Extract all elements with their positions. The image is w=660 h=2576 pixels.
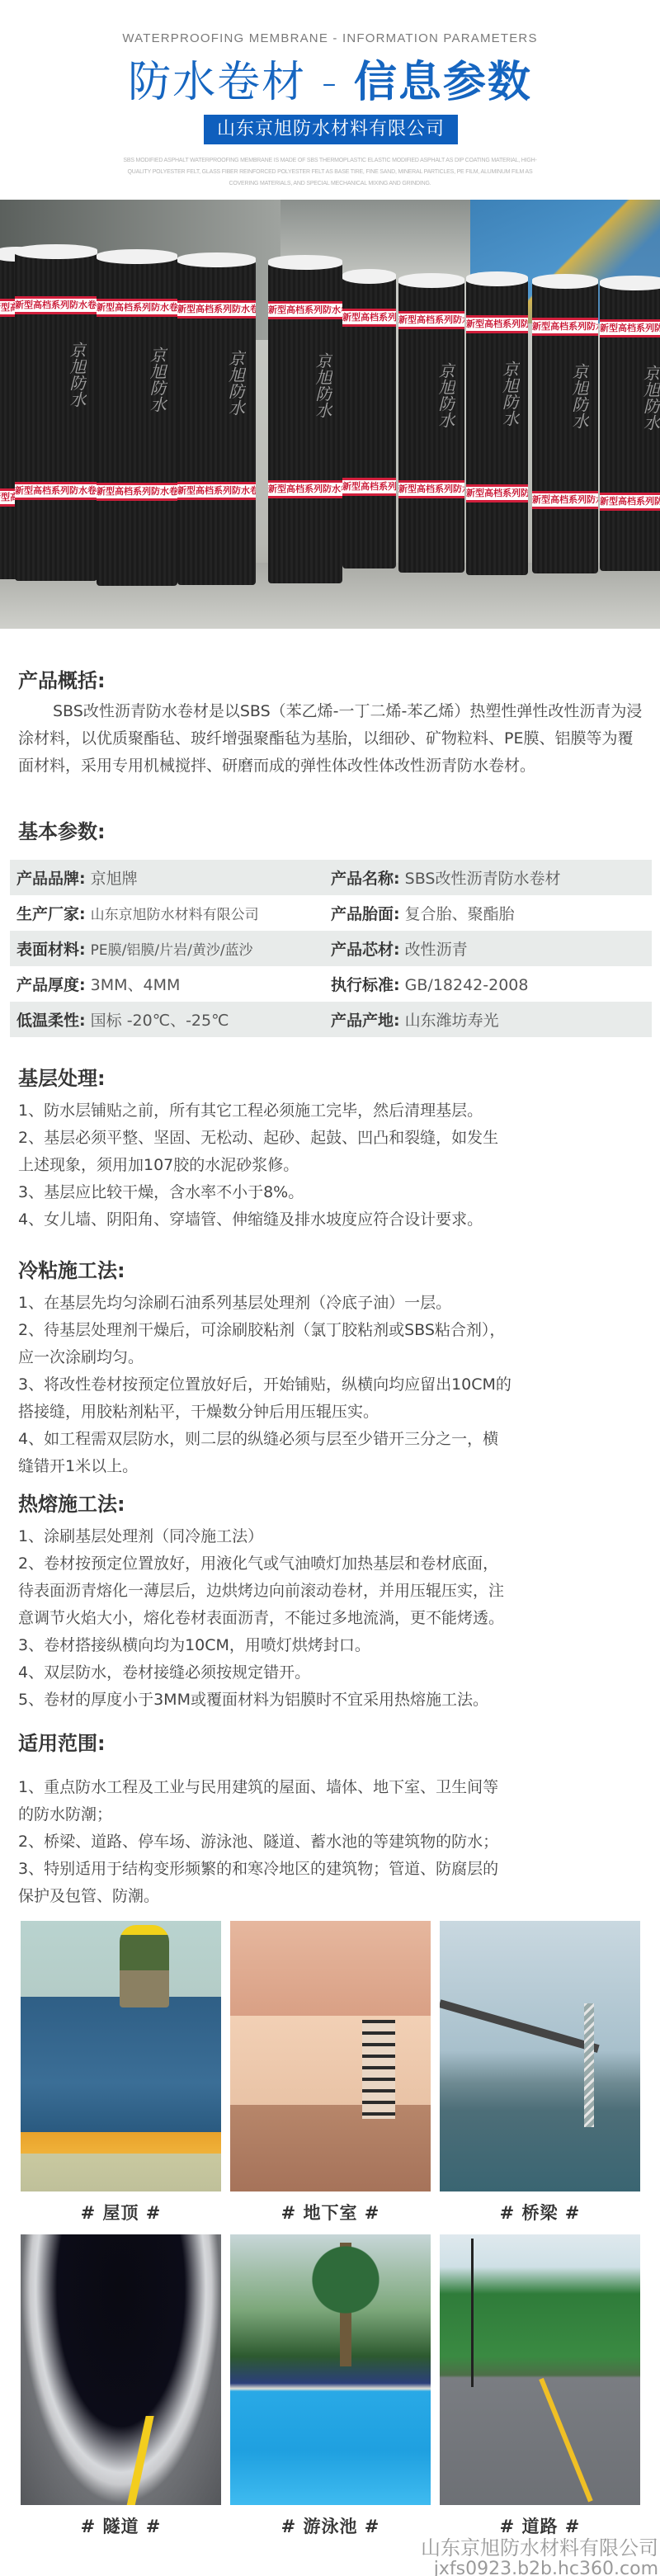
membrane-roll: 新型高档系列防水卷材 京旭防水 新型高档系列防水卷材 [177, 259, 256, 585]
page-title-part2: 信息参数 [354, 58, 532, 107]
base-treatment-heading: 基层处理: [18, 1066, 645, 1091]
gallery-label: # 地下室 # [230, 2200, 431, 2225]
base-treatment-section: 基层处理: 1、防水层铺贴之前，所有其它工程必须施工完毕，然后清理基层。 2、基… [18, 1066, 645, 1234]
param-value: 3MM、4MM [91, 976, 181, 994]
membrane-roll: 新型高档系列防水卷材 京旭防水 新型高档系列防水卷材 [600, 282, 660, 571]
gallery-item-basement: # 地下室 # [230, 1921, 431, 2191]
params-row: 产品厚度: 3MM、4MM 执行标准: GB/18242-2008 [10, 966, 652, 1002]
list-item: 应一次涂刷均匀。 [18, 1344, 645, 1371]
param-value: 京旭牌 [91, 870, 138, 888]
params-row: 产品品牌: 京旭牌 产品名称: SBS改性沥青防水卷材 [10, 860, 652, 895]
overview-text: SBS改性沥青防水卷材是以SBS（苯乙烯-一丁二烯-苯乙烯）热塑性弹性改性沥青为… [18, 698, 645, 780]
param-key: 低温柔性: [16, 1012, 86, 1030]
list-item: 1、涂刷基层处理剂（同冷施工法） [18, 1523, 645, 1550]
params-section: 基本参数: [18, 819, 645, 844]
param-key: 表面材料: [16, 941, 86, 959]
param-value: 山东潍坊寿光 [405, 1012, 499, 1030]
param-value: PE膜/铝膜/片岩/黄沙/蓝沙 [91, 942, 253, 959]
list-item: 3、将改性卷材按预定位置放好后，开始铺贴，纵横向均应留出10CM的 [18, 1371, 645, 1399]
list-item: 1、防水层铺贴之前，所有其它工程必须施工完毕，然后清理基层。 [18, 1097, 645, 1125]
list-item: 2、桥梁、道路、停车场、游泳池、隧道、蓄水池的等建筑物的防水； [18, 1828, 645, 1856]
product-photo: 新型高档系列防水卷材 新型高档系列防水卷材 新型高档系列防水卷材 京旭防水 新型… [0, 200, 660, 629]
param-key: 生产厂家: [16, 905, 86, 923]
membrane-roll: 新型高档系列防水卷材 京旭防水 新型高档系列防水卷材 [268, 262, 342, 583]
cold-method-heading: 冷粘施工法: [18, 1258, 645, 1283]
list-item: 待表面沥青熔化一薄层后，边烘烤边向前滚动卷材，并用压辊压实，注 [18, 1578, 645, 1605]
gallery-item-bridge: # 桥梁 # [440, 1921, 640, 2191]
watermark-url: jxfs0923.b2b.hc360.com [421, 2559, 658, 2576]
params-heading: 基本参数: [18, 819, 645, 844]
param-value: SBS改性沥青防水卷材 [405, 870, 561, 888]
overview-section: 产品概括: SBS改性沥青防水卷材是以SBS（苯乙烯-一丁二烯-苯乙烯）热塑性弹… [18, 668, 645, 780]
gallery-label: # 桥梁 # [440, 2200, 640, 2225]
gallery-label: # 游泳池 # [230, 2513, 431, 2538]
list-item: 1、在基层先均匀涂刷石油系列基层处理剂（冷底子油）一层。 [18, 1290, 645, 1317]
list-item: 3、基层应比较干燥，含水率不小于8%。 [18, 1179, 645, 1206]
company-banner: 山东京旭防水材料有限公司 [204, 115, 458, 144]
gallery-item-road: # 道路 # [440, 2234, 640, 2505]
english-description: SBS MODIFIED ASPHALT WATERPROOFING MEMBR… [115, 155, 544, 190]
list-item: 上述现象，须用加107胶的水泥砂浆修。 [18, 1152, 645, 1179]
param-key: 产品芯材: [331, 941, 400, 959]
params-row: 表面材料: PE膜/铝膜/片岩/黄沙/蓝沙 产品芯材: 改性沥青 [10, 931, 652, 966]
page-title-part1: 防水卷材 - [128, 58, 354, 107]
membrane-roll: 新型高档系列防水卷材 京旭防水 新型高档系列防水卷材 [398, 280, 464, 573]
params-row: 生产厂家: 山东京旭防水材料有限公司 产品胎面: 复合胎、聚酯胎 [10, 895, 652, 931]
list-item: 意调节火焰大小，熔化卷材表面沥青，不能过多地流淌，更不能烤透。 [18, 1605, 645, 1632]
membrane-roll: 新型高档系列防水卷材 京旭防水 新型高档系列防水卷材 [532, 281, 598, 573]
gallery-label: # 屋顶 # [21, 2200, 221, 2225]
params-row: 低温柔性: 国标 -20℃、-25℃ 产品产地: 山东潍坊寿光 [10, 1002, 652, 1037]
watermark-company: 山东京旭防水材料有限公司 [421, 2537, 658, 2559]
english-title: WATERPROOFING MEMBRANE - INFORMATION PAR… [0, 31, 660, 45]
hot-method-heading: 热熔施工法: [18, 1492, 645, 1517]
basement-image [230, 1921, 431, 2191]
param-key: 产品产地: [331, 1012, 400, 1030]
list-item: 3、卷材搭接纵横向均为10CM，用喷灯烘烤封口。 [18, 1632, 645, 1659]
list-item: 4、双层防水，卷材接缝必须按规定错开。 [18, 1659, 645, 1687]
list-item: 4、女儿墙、阴阳角、穿墙管、伸缩缝及排水坡度应符合设计要求。 [18, 1206, 645, 1234]
membrane-roll: 新型高档系列防水卷材 新型高档系列防水卷材 [342, 276, 396, 569]
param-value: 复合胎、聚酯胎 [405, 905, 515, 923]
param-value: 山东京旭防水材料有限公司 [91, 907, 259, 923]
list-item: 4、如工程需双层防水，则二层的纵缝必须与层至少错开三分之一，横 [18, 1426, 645, 1453]
gallery-item-pool: # 游泳池 # [230, 2234, 431, 2505]
gallery-item-roof: # 屋顶 # [21, 1921, 221, 2191]
pool-image [230, 2234, 431, 2505]
membrane-roll: 新型高档系列防水卷材 京旭防水 新型高档系列防水卷材 [15, 251, 97, 581]
gallery-label: # 道路 # [440, 2513, 640, 2538]
param-key: 执行标准: [331, 976, 400, 994]
param-key: 产品名称: [331, 870, 400, 888]
road-image [440, 2234, 640, 2505]
list-item: 缝错开1米以上。 [18, 1453, 645, 1480]
param-value: 改性沥青 [405, 941, 468, 959]
param-key: 产品厚度: [16, 976, 86, 994]
roof-image [21, 1921, 221, 2191]
param-key: 产品品牌: [16, 870, 86, 888]
watermark: 山东京旭防水材料有限公司 jxfs0923.b2b.hc360.com [421, 2537, 658, 2576]
gallery-item-tunnel: # 隧道 # [21, 2234, 221, 2505]
hot-method-section: 热熔施工法: 1、涂刷基层处理剂（同冷施工法） 2、卷材按预定位置放好，用液化气… [18, 1492, 645, 1714]
bridge-image [440, 1921, 640, 2191]
membrane-roll: 新型高档系列防水卷材 京旭防水 新型高档系列防水卷材 [466, 278, 528, 575]
list-item: 保护及包管、防潮。 [18, 1883, 645, 1910]
params-table: 产品品牌: 京旭牌 产品名称: SBS改性沥青防水卷材 生产厂家: 山东京旭防水… [10, 860, 652, 1037]
list-item: 搭接缝，用胶粘剂粘平，干燥数分钟后用压辊压实。 [18, 1399, 645, 1426]
scope-heading: 适用范围: [18, 1731, 645, 1756]
membrane-roll: 新型高档系列防水卷材 京旭防水 新型高档系列防水卷材 [97, 256, 177, 586]
page-title: 防水卷材 - 信息参数 [0, 56, 660, 109]
list-item: 5、卷材的厚度小于3MM或覆面材料为铝膜时不宜采用热熔施工法。 [18, 1687, 645, 1714]
param-key: 产品胎面: [331, 905, 400, 923]
param-value: 国标 -20℃、-25℃ [91, 1012, 229, 1030]
list-item: 1、重点防水工程及工业与民用建筑的屋面、墙体、地下室、卫生间等 [18, 1774, 645, 1801]
list-item: 2、待基层处理剂干燥后，可涂刷胶粘剂（氯丁胶粘剂或SBS粘合剂）， [18, 1317, 645, 1344]
list-item: 3、特别适用于结构变形频繁的和寒冷地区的建筑物；管道、防腐层的 [18, 1856, 645, 1883]
list-item: 的防水防潮； [18, 1801, 645, 1828]
tunnel-image [21, 2234, 221, 2505]
page-header: WATERPROOFING MEMBRANE - INFORMATION PAR… [0, 0, 660, 200]
cold-method-section: 冷粘施工法: 1、在基层先均匀涂刷石油系列基层处理剂（冷底子油）一层。 2、待基… [18, 1258, 645, 1480]
gallery-label: # 隧道 # [21, 2513, 221, 2538]
param-value: GB/18242-2008 [405, 976, 529, 994]
list-item: 2、基层必须平整、坚固、无松动、起砂、起鼓、凹凸和裂缝，如发生 [18, 1125, 645, 1152]
scope-section: 适用范围: 1、重点防水工程及工业与民用建筑的屋面、墙体、地下室、卫生间等 的防… [18, 1731, 645, 1910]
list-item: 2、卷材按预定位置放好，用液化气或气油喷灯加热基层和卷材底面， [18, 1550, 645, 1578]
overview-heading: 产品概括: [18, 668, 645, 693]
